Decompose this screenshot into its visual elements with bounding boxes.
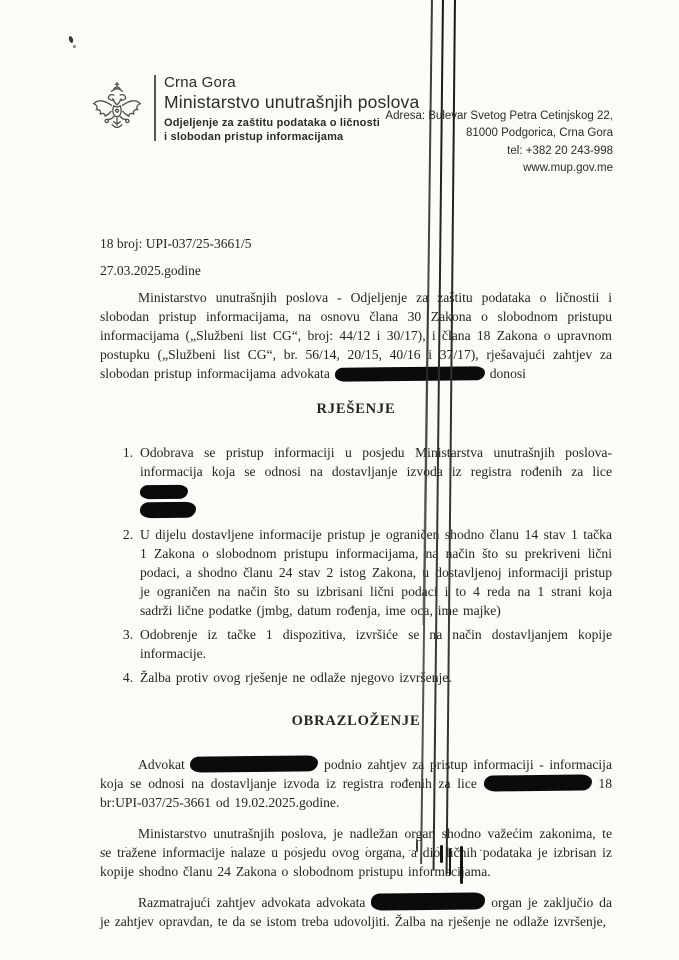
redaction-bar	[140, 501, 196, 518]
obrazlozenje-paragraph-1: Advokat podnio zahtjev za pristup inform…	[100, 755, 612, 812]
letterhead: Crna Gora Ministarstvo unutrašnjih poslo…	[164, 74, 419, 145]
p3-text-1: Razmatrajući zahtjev advokata advokata	[138, 895, 365, 910]
letterhead-divider	[154, 75, 156, 141]
address-line2: 81000 Podgorica, Crna Gora	[385, 125, 613, 142]
case-number: 18 broj: UPI-037/25-3661/5	[100, 230, 252, 257]
section-heading-obrazlozenje: OBRAZLOŽENJE	[100, 711, 612, 731]
document-body: Ministarstvo unutrašnjih poslova - Odjel…	[100, 288, 612, 933]
redaction-bar	[484, 775, 592, 792]
department-line1: Odjeljenje za zaštitu podataka o ličnost…	[164, 116, 419, 130]
clipped-text-remnants: · ˙ ·· ˙ ·-· ˙ · · ˙ ·· · ˙ · ·˙ ˙ · ·	[103, 845, 543, 855]
redaction-bar	[140, 484, 188, 499]
redaction-bar	[371, 893, 485, 911]
ink-speck	[73, 45, 76, 48]
decision-item-2: U dijelu dostavljene informacije pristup…	[138, 525, 612, 620]
document-date: 27.03.2025.godine	[100, 257, 252, 284]
reference-block: 18 broj: UPI-037/25-3661/5 27.03.2025.go…	[100, 230, 252, 284]
section-heading-rjesenje: RJEŠENJE	[100, 399, 612, 419]
decision-item-1: Odobrava se pristup informaciji u posjed…	[138, 443, 612, 519]
montenegro-coat-of-arms-icon	[90, 70, 144, 146]
department-line2: i slobodan pristup informacijama	[164, 130, 419, 144]
redaction-bar	[335, 366, 485, 382]
ministry-name: Ministarstvo unutrašnjih poslova	[164, 92, 419, 113]
intro-text-after: donosi	[490, 366, 526, 381]
website-line: www.mup.gov.me	[385, 160, 613, 177]
decision-list: Odobrava se pristup informaciji u posjed…	[100, 443, 612, 686]
phone-line: tel: +382 20 243-998	[385, 143, 613, 160]
intro-paragraph: Ministarstvo unutrašnjih poslova - Odjel…	[100, 288, 612, 383]
decision-item-4: Žalba protiv ovog rješenje ne odlaže nje…	[138, 668, 612, 687]
address-line1: Adresa: Bulevar Svetog Petra Cetinjskog …	[385, 108, 613, 125]
decision-item-1-text: Odobrava se pristup informaciji u posjed…	[140, 445, 612, 479]
obrazlozenje-paragraph-3: Razmatrajući zahtjev advokata advokata o…	[100, 893, 612, 931]
country-name: Crna Gora	[164, 74, 419, 91]
ink-speck	[68, 36, 74, 44]
p1-text-1: Advokat	[138, 757, 185, 772]
decision-item-3: Odobrenje iz tačke 1 dispozitiva, izvrši…	[138, 625, 612, 663]
redaction-bar	[190, 755, 318, 772]
contact-block: Adresa: Bulevar Svetog Petra Cetinjskog …	[385, 108, 613, 177]
scanned-document-page: Crna Gora Ministarstvo unutrašnjih poslo…	[0, 0, 679, 960]
